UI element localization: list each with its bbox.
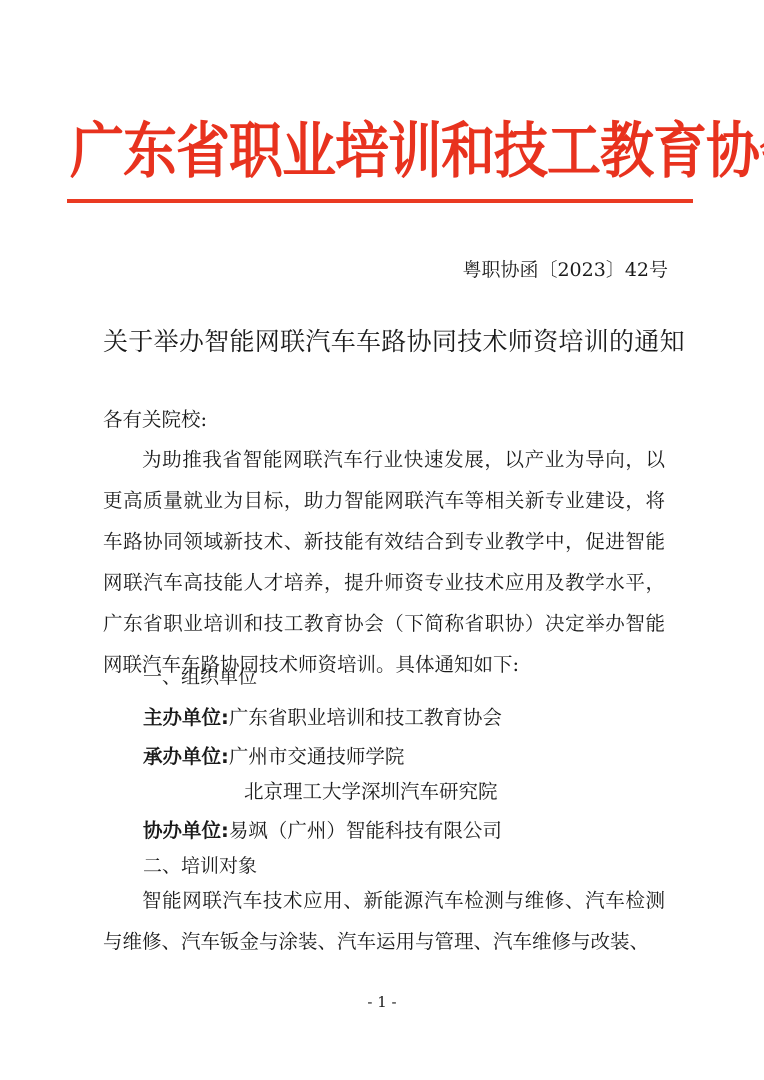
section-heading-organizers: 一、组织单位 xyxy=(143,662,257,689)
page-number: - 1 - xyxy=(0,993,764,1011)
org-value-host: 广东省职业培训和技工教育协会 xyxy=(229,702,502,730)
intro-paragraph-text: 为助推我省智能网联汽车行业快速发展，以产业为导向，以更高质量就业为目标，助力智能… xyxy=(103,439,665,685)
org-label-host: 主办单位: xyxy=(143,706,229,729)
org-row-host: 主办单位:广东省职业培训和技工教育协会 xyxy=(143,702,502,730)
document-page: 广东省职业培训和技工教育协会 粤职协函〔2023〕42号 关于举办智能网联汽车车… xyxy=(0,0,764,1080)
org-label-organizer: 承办单位: xyxy=(143,745,229,768)
org-label-co-organizer: 协办单位: xyxy=(143,819,229,842)
org-row-organizer: 承办单位:广州市交通技师学院 xyxy=(143,741,404,769)
letterhead-org-name: 广东省职业培训和技工教育协会 xyxy=(70,112,690,190)
letterhead-red-rule xyxy=(67,199,693,203)
trainees-paragraph-text: 智能网联汽车技术应用、新能源汽车检测与维修、汽车检测与维修、汽车钣金与涂装、汽车… xyxy=(103,880,665,962)
document-number: 粤职协函〔2023〕42号 xyxy=(462,255,668,282)
salutation: 各有关院校: xyxy=(103,399,665,440)
org-value-co-organizer: 易飒（广州）智能科技有限公司 xyxy=(229,815,502,843)
document-title: 关于举办智能网联汽车车路协同技术师资培训的通知 xyxy=(103,322,665,358)
org-row-co-organizer: 协办单位:易飒（广州）智能科技有限公司 xyxy=(143,815,502,843)
intro-paragraph: 为助推我省智能网联汽车行业快速发展，以产业为导向，以更高质量就业为目标，助力智能… xyxy=(103,439,665,685)
org-value-organizer-1: 广州市交通技师学院 xyxy=(229,741,405,769)
trainees-paragraph: 智能网联汽车技术应用、新能源汽车检测与维修、汽车检测与维修、汽车钣金与涂装、汽车… xyxy=(103,880,665,962)
org-value-organizer-2: 北京理工大学深圳汽车研究院 xyxy=(244,776,498,804)
section-heading-trainees: 二、培训对象 xyxy=(143,851,257,878)
